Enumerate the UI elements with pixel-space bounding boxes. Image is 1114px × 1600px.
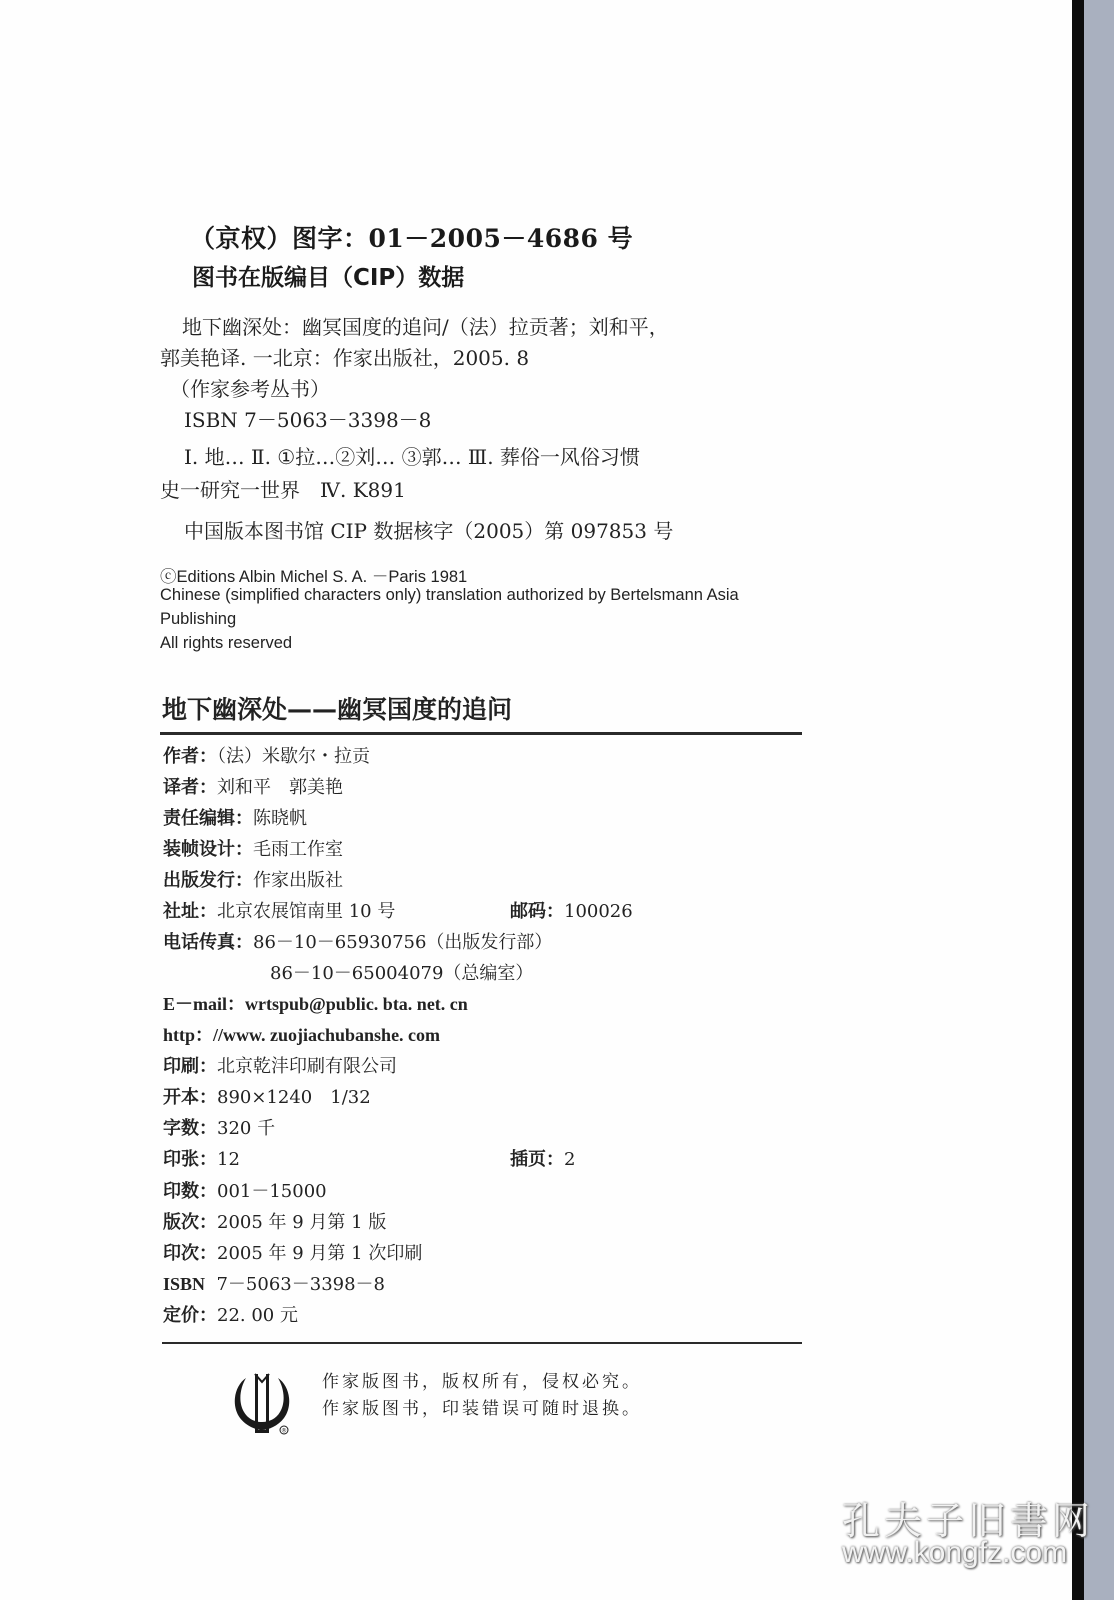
detail-label: 译者：	[163, 777, 217, 798]
detail-printing: 印次：2005 年 9 月第 1 次印刷	[163, 1239, 422, 1265]
rights-notice-line2: 作家版图书，印装错误可随时退换。	[322, 1394, 642, 1419]
cip-record-line2: 郭美艳译. 一北京：作家出版社，2005. 8	[160, 342, 529, 371]
cip-series: （作家参考丛书）	[170, 373, 330, 402]
detail-isbn: ISBN 7－5063－3398－8	[163, 1270, 385, 1296]
detail-label: 版次：	[163, 1212, 217, 1233]
detail-value: 北京乾沣印刷有限公司	[217, 1056, 397, 1077]
detail-print-run: 印数：001－15000	[163, 1177, 327, 1203]
registered-mark: ®	[281, 1428, 287, 1435]
detail-word-count: 字数：320 千	[163, 1114, 275, 1140]
watermark-url: www.kongfz.com	[842, 1536, 1067, 1570]
detail-phone-fax: 电话传真：86－10－65930756（出版发行部）	[163, 928, 552, 954]
permit-line: （京权）图字：01－2005－4686 号	[190, 219, 633, 255]
detail-value: 陈晓帆	[253, 808, 307, 829]
detail-author: 作者：（法）米歇尔・拉贡	[163, 742, 370, 768]
foreign-rights-line2: Chinese (simplified characters only) tra…	[160, 586, 739, 605]
detail-format: 开本：890×1240 1/32	[163, 1083, 371, 1109]
background-surface	[1084, 0, 1114, 1600]
detail-label: 开本：	[163, 1087, 217, 1108]
detail-label: 印张：	[163, 1149, 217, 1170]
detail-label: 作者：	[163, 746, 217, 767]
book-title: 地下幽深处——幽冥国度的追问	[162, 690, 512, 726]
detail-value: //www. zuojiachubanshe. com	[213, 1025, 440, 1045]
detail-label: 装帧设计：	[163, 839, 253, 860]
detail-edition: 版次：2005 年 9 月第 1 版	[163, 1208, 386, 1234]
detail-value: 890×1240 1/32	[217, 1087, 371, 1108]
detail-value: 001－15000	[217, 1181, 327, 1202]
detail-value: 刘和平 郭美艳	[217, 777, 343, 798]
detail-value: （法）米歇尔・拉贡	[217, 746, 370, 767]
detail-label: 邮码：	[510, 901, 564, 922]
detail-value: 22. 00 元	[217, 1305, 298, 1326]
cip-heading: 图书在版编目（CIP）数据	[192, 259, 464, 292]
detail-inserts: 插页：2	[510, 1145, 575, 1171]
detail-translator: 译者：刘和平 郭美艳	[163, 773, 343, 799]
detail-value: 86－10－65930756（出版发行部）	[253, 932, 552, 953]
rights-notice-line1: 作家版图书，版权所有，侵权必究。	[322, 1367, 642, 1392]
foreign-rights-line1: ⓒEditions Albin Michel S. A. －Paris 1981	[160, 563, 467, 587]
detail-label: 印次：	[163, 1243, 217, 1264]
detail-printer: 印刷：北京乾沣印刷有限公司	[163, 1052, 397, 1078]
cip-classification-line1: Ⅰ. 地… Ⅱ. ①拉…②刘… ③郭… Ⅲ. 葬俗一风俗习惯	[184, 441, 640, 470]
cip-classification-line2: 史一研究一世界 Ⅳ. K891	[160, 474, 406, 503]
cip-approval: 中国版本图书馆 CIP 数据核字（2005）第 097853 号	[184, 515, 673, 544]
detail-label: 责任编辑：	[163, 808, 253, 829]
footer-divider	[162, 1342, 802, 1344]
foreign-rights-line4: All rights reserved	[160, 634, 292, 653]
detail-value: 12	[217, 1149, 240, 1170]
cip-isbn: ISBN 7－5063－3398－8	[184, 404, 431, 433]
detail-label: 出版发行：	[163, 870, 253, 891]
detail-publisher: 出版发行：作家出版社	[163, 866, 343, 892]
foreign-rights-line3: Publishing	[160, 610, 236, 629]
detail-label: 定价：	[163, 1305, 217, 1326]
detail-value: 320 千	[217, 1118, 275, 1139]
detail-label: ISBN	[163, 1274, 205, 1294]
detail-value: 2005 年 9 月第 1 次印刷	[217, 1243, 422, 1264]
detail-email: E－mail：wrtspub@public. bta. net. cn	[163, 990, 468, 1016]
detail-label: 印刷：	[163, 1056, 217, 1077]
detail-label: http：	[163, 1025, 213, 1045]
detail-label: 印数：	[163, 1181, 217, 1202]
detail-label: 社址：	[163, 901, 217, 922]
title-divider	[160, 732, 802, 735]
detail-value: 100026	[564, 901, 633, 922]
cip-record-line1: 地下幽深处：幽冥国度的追问/（法）拉贡著；刘和平，	[182, 311, 669, 340]
detail-label: E－mail：	[163, 994, 245, 1014]
detail-label: 插页：	[510, 1149, 564, 1170]
publisher-logo-icon: ®	[232, 1370, 292, 1436]
page-edge-shadow	[1072, 0, 1084, 1600]
detail-value: 毛雨工作室	[253, 839, 343, 860]
detail-label: 字数：	[163, 1118, 217, 1139]
detail-sheets: 印张：12	[163, 1145, 240, 1171]
detail-design: 装帧设计：毛雨工作室	[163, 835, 343, 861]
detail-value: 作家出版社	[253, 870, 343, 891]
detail-value: wrtspub@public. bta. net. cn	[245, 994, 468, 1014]
detail-editor: 责任编辑：陈晓帆	[163, 804, 307, 830]
detail-value: 北京农展馆南里 10 号	[217, 901, 395, 922]
detail-website: http：//www. zuojiachubanshe. com	[163, 1021, 440, 1047]
detail-price: 定价：22. 00 元	[163, 1301, 298, 1327]
detail-address: 社址：北京农展馆南里 10 号	[163, 897, 395, 923]
detail-value: 2	[564, 1149, 575, 1170]
detail-value: 7－5063－3398－8	[216, 1274, 385, 1295]
detail-label: 电话传真：	[163, 932, 253, 953]
detail-value: 86－10－65004079（总编室）	[270, 963, 533, 984]
detail-phone-fax-2: 86－10－65004079（总编室）	[270, 959, 533, 985]
detail-value: 2005 年 9 月第 1 版	[217, 1212, 386, 1233]
detail-postcode: 邮码：100026	[510, 897, 633, 923]
